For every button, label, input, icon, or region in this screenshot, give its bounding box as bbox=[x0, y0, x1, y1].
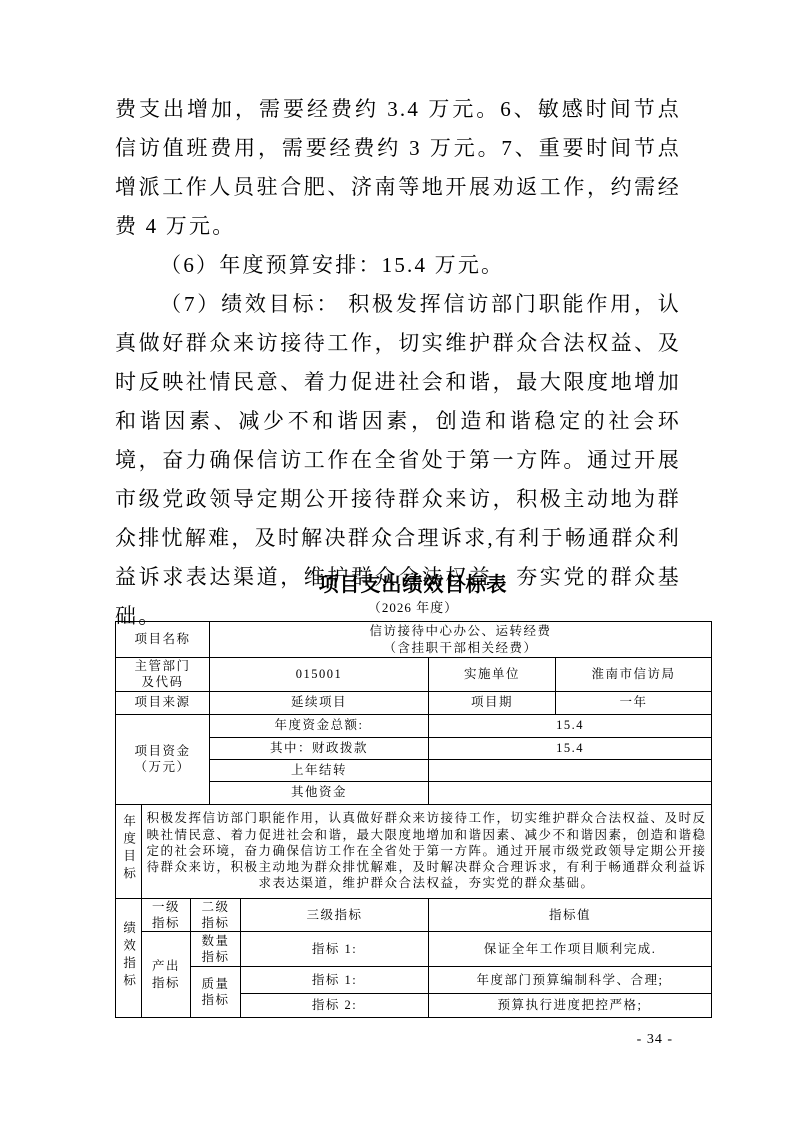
cell-fund-row-label: 上年结转 bbox=[210, 759, 429, 781]
cell-source-label: 项目来源 bbox=[116, 691, 210, 714]
cell-project-name-label: 项目名称 bbox=[116, 622, 210, 658]
cell-output-indicator: 产出 指标 bbox=[142, 932, 191, 1018]
cell-impl-unit-value: 淮南市信访局 bbox=[556, 658, 712, 692]
cell-quantity-indicator: 数量 指标 bbox=[191, 932, 241, 967]
performance-table-block: 项目支出绩效目标表 （2026 年度） 项目名称 信访接待中心办公、运转经费 （… bbox=[115, 574, 711, 1018]
cell-fund-row-value: 15.4 bbox=[429, 737, 712, 759]
performance-target-table: 项目名称 信访接待中心办公、运转经费 （含挂职干部相关经费） 主管部门 及代码 … bbox=[115, 621, 712, 1018]
table-subtitle: （2026 年度） bbox=[115, 600, 711, 615]
body-paragraph-1: 费支出增加，需要经费约 3.4 万元。6、敏感时间节点信访值班费用，需要经费约 … bbox=[115, 90, 681, 246]
cell-annual-goal-label: 年度目标 bbox=[116, 804, 142, 898]
cell-header-level2: 二级 指标 bbox=[191, 898, 241, 932]
cell-header-level1: 一级 指标 bbox=[142, 898, 191, 932]
document-page: 费支出增加，需要经费约 3.4 万元。6、敏感时间节点信访值班费用，需要经费约 … bbox=[0, 0, 793, 1122]
cell-quality-indicator: 质量 指标 bbox=[191, 967, 241, 1018]
cell-fund-row-value bbox=[429, 759, 712, 781]
page-number: - 34 - bbox=[115, 1032, 711, 1048]
cell-funds-label: 项目资金 （万元） bbox=[116, 714, 210, 804]
cell-fund-row-value: 15.4 bbox=[429, 714, 712, 737]
perf-vertical-label: 绩效指标 bbox=[120, 921, 136, 991]
cell-header-value: 指标值 bbox=[429, 898, 712, 932]
body-paragraph-2: （6）年度预算安排：15.4 万元。 bbox=[115, 246, 681, 285]
cell-annual-goal-text: 积极发挥信访部门职能作用，认真做好群众来访接待工作，切实维护群众合法权益、及时反… bbox=[142, 804, 712, 898]
cell-indicator-level3: 指标 2: bbox=[241, 994, 429, 1018]
cell-dept-label: 主管部门 及代码 bbox=[116, 658, 210, 692]
cell-period-label: 项目期 bbox=[429, 691, 556, 714]
body-text: 费支出增加，需要经费约 3.4 万元。6、敏感时间节点信访值班费用，需要经费约 … bbox=[115, 90, 681, 636]
cell-fund-row-label: 年度资金总额: bbox=[210, 714, 429, 737]
cell-fund-row-label: 其他资金 bbox=[210, 781, 429, 804]
annual-goal-vertical-label: 年度目标 bbox=[120, 814, 136, 884]
table-title: 项目支出绩效目标表 bbox=[115, 574, 711, 596]
cell-impl-unit-label: 实施单位 bbox=[429, 658, 556, 692]
cell-header-level3: 三级指标 bbox=[241, 898, 429, 932]
cell-dept-code: 015001 bbox=[210, 658, 429, 692]
cell-fund-row-label: 其中：财政拨款 bbox=[210, 737, 429, 759]
cell-fund-row-value bbox=[429, 781, 712, 804]
cell-period-value: 一年 bbox=[556, 691, 712, 714]
cell-indicator-level3: 指标 1: bbox=[241, 932, 429, 967]
cell-indicator-value: 年度部门预算编制科学、合理; bbox=[429, 967, 712, 994]
cell-indicator-value: 保证全年工作项目顺利完成. bbox=[429, 932, 712, 967]
cell-indicator-value: 预算执行进度把控严格; bbox=[429, 994, 712, 1018]
cell-perf-label: 绩效指标 bbox=[116, 898, 142, 1018]
cell-source-value: 延续项目 bbox=[210, 691, 429, 714]
cell-project-name-value: 信访接待中心办公、运转经费 （含挂职干部相关经费） bbox=[210, 622, 712, 658]
cell-indicator-level3: 指标 1: bbox=[241, 967, 429, 994]
